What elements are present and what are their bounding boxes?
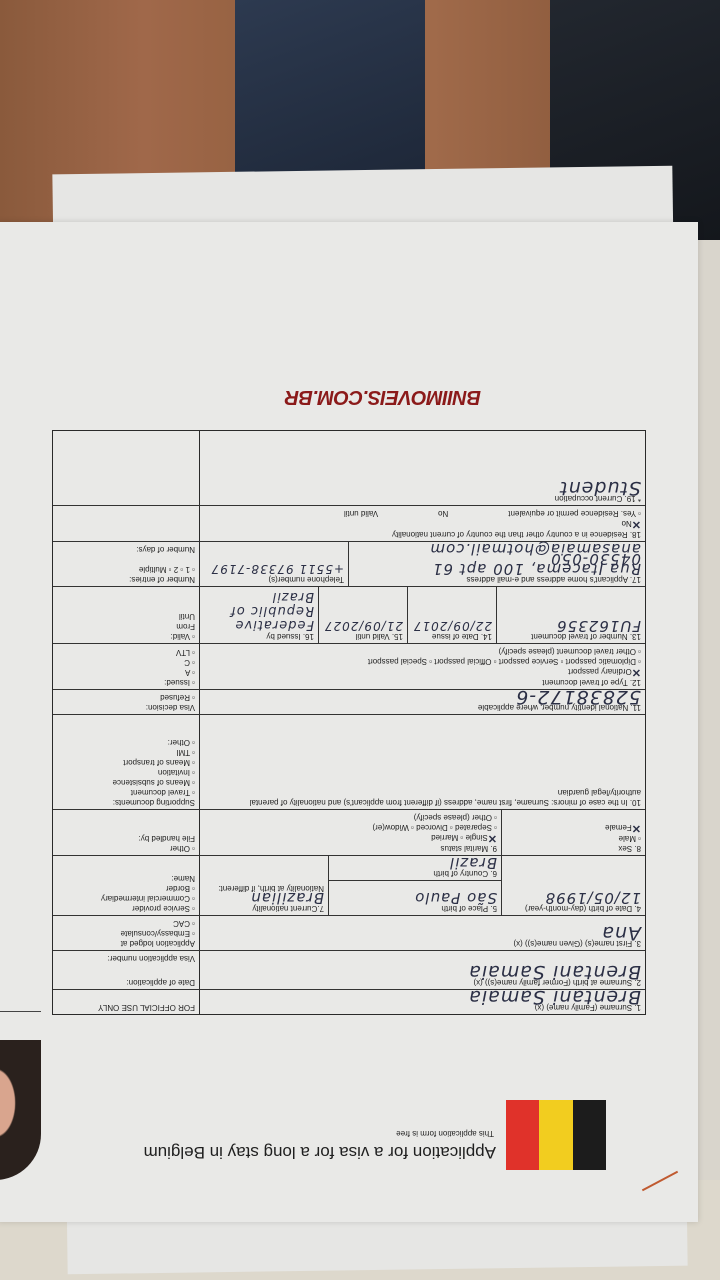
checkbox-other[interactable]: ▫ Other	[57, 843, 195, 853]
checkbox-other-doc[interactable]: ▫ Other:	[57, 737, 195, 747]
checkbox-valid[interactable]: ▫ Valid:	[57, 631, 195, 641]
field-value: Brazil	[333, 858, 497, 868]
field-value: Ana	[204, 928, 641, 938]
lodged-at: Application lodged at ▫ Embassy/consulat…	[53, 916, 199, 950]
checkbox-widowed[interactable]: Widow(er)	[372, 823, 408, 832]
field-minor-guardian[interactable]: 10. In the case of minors: Surname, firs…	[200, 715, 645, 809]
belgium-flag-icon	[506, 1100, 606, 1170]
checkbox-residence-yes[interactable]: ▫ Yes. Residence permit or equivalent	[508, 508, 641, 518]
divider	[0, 1011, 41, 1012]
checkbox-official[interactable]: Official passport	[434, 657, 491, 666]
checkbox-type-c[interactable]: ▫ C	[57, 657, 195, 667]
lodged-at-label: Application lodged at	[57, 938, 195, 948]
field-place-of-birth[interactable]: 5. Place of birth São Paulo	[329, 880, 501, 915]
field-first-name[interactable]: 3. First name(s) (Given name(s)) (x) Ana	[200, 926, 645, 950]
checkbox-other-travel-doc[interactable]: Other travel document (please specify)	[499, 647, 636, 656]
email-value: anasamaia@hotmail.com	[353, 544, 641, 554]
field-occupation[interactable]: * 19. Current occupation Student	[200, 431, 645, 505]
field-value: São Paulo	[333, 893, 497, 903]
field-value: Federative Republic of Brazil	[204, 589, 314, 631]
checkbox-border[interactable]: ▫ Border	[57, 883, 195, 893]
field-value: 22/09/2017	[412, 621, 492, 631]
field-value: 21/09/2027	[323, 621, 403, 631]
field-label: 9. Marital status	[204, 843, 497, 853]
field-value: +5511 97338-7197	[204, 564, 344, 574]
visa-decision-label: Visa decision:	[57, 702, 195, 712]
checkbox-married[interactable]: Married	[431, 833, 458, 842]
field-valid-until[interactable]: 15. Valid until 21/09/2027	[318, 587, 407, 643]
visa-form: Application for a visa for a long stay i…	[0, 222, 698, 1222]
field-label: 18. Residence in a country other than th…	[204, 529, 641, 539]
field-value: Student	[204, 483, 641, 493]
visa-application-number-label: Visa application number:	[57, 953, 195, 963]
field-travel-document-type[interactable]: 12. Type of travel document ✕Ordinary pa…	[200, 644, 645, 689]
checkbox-service[interactable]: Service passport	[499, 657, 559, 666]
field-value: 12/05/1998	[506, 893, 641, 903]
form-header: Application for a visa for a long stay i…	[46, 1050, 606, 1170]
field-sex[interactable]: 8. Sex ▫ Male ✕Female	[501, 810, 645, 855]
permit-no-label: No	[438, 508, 448, 518]
checkbox-issued[interactable]: ▫ Issued:	[57, 677, 195, 687]
checkbox-travel-document[interactable]: ▫ Travel document	[57, 787, 195, 797]
checkbox-refused[interactable]: ▫ Refused	[57, 692, 195, 702]
visa-form-paper: Application for a visa for a long stay i…	[0, 222, 698, 1222]
field-value: Brentani Samaia	[204, 967, 641, 977]
checkbox-tmi[interactable]: ▫ TMI	[57, 747, 195, 757]
checkbox-entries-1[interactable]: 1	[185, 565, 189, 574]
checkbox-divorced[interactable]: Divorced	[416, 823, 448, 832]
field-travel-document-number[interactable]: 13. Number of travel document FU162356	[496, 587, 645, 643]
field-value: Brentani Samaia	[204, 992, 641, 1002]
field-date-of-issue[interactable]: 14. Date of issue 22/09/2017	[407, 587, 496, 643]
field-label: 10. In the case of minors: Surname, firs…	[204, 787, 641, 807]
checkbox-means-of-subsistence[interactable]: ▫ Means of subsistence	[57, 777, 195, 787]
field-residence[interactable]: 18. Residence in a country other than th…	[200, 506, 645, 541]
field-date-of-birth[interactable]: 4. Date of birth (day-month-year) 12/05/…	[501, 856, 645, 915]
checkbox-diplomatic[interactable]: Diplomatic passport	[566, 657, 636, 666]
days-label: Number of days:	[57, 544, 195, 554]
checkbox-male[interactable]: ▫ Male	[506, 833, 641, 843]
checkbox-separated[interactable]: Separated	[455, 823, 492, 832]
field-telephone[interactable]: Telephone number(s) +5511 97338-7197	[200, 542, 348, 586]
checkbox-entries-multiple[interactable]: Multiple	[139, 565, 167, 574]
checkbox-residence-no[interactable]: ✕No	[204, 518, 641, 529]
field-surname-at-birth[interactable]: 2. Surname at birth (Former family name(…	[200, 965, 645, 989]
field-surname[interactable]: 1. Surname (Family name) (x) Brentani Sa…	[200, 990, 645, 1014]
checkbox-type-a[interactable]: ▫ A	[57, 667, 195, 677]
field-issued-by[interactable]: 16. Issued by Federative Republic of Bra…	[200, 587, 318, 643]
until-label: Until	[57, 611, 195, 621]
watermark: BNIIMOVEIS.COM.BR	[285, 385, 481, 408]
checkbox-female[interactable]: ✕Female	[506, 822, 641, 833]
field-label: 8. Sex	[506, 843, 641, 853]
field-label: 12. Type of travel document	[204, 677, 641, 687]
checkbox-other-marital[interactable]: Other (please specify)	[414, 813, 492, 822]
field-value: 52838172-6	[204, 692, 641, 702]
field-value: Brazilian	[204, 893, 324, 903]
form-subtitle: This application form is free	[396, 1129, 494, 1138]
from-label: From	[57, 621, 195, 631]
field-label: 16. Issued by	[204, 631, 314, 641]
checkbox-single[interactable]: ✕	[488, 832, 497, 844]
checkbox-embassy[interactable]: ▫ Embassy/consulate	[57, 928, 195, 938]
checkbox-means-of-transport[interactable]: ▫ Means of transport	[57, 757, 195, 767]
checkbox-invitation[interactable]: ▫ Invitation	[57, 767, 195, 777]
field-nationality[interactable]: 7.Current nationality Brazilian National…	[200, 856, 328, 915]
checkbox-entries-2[interactable]: 2	[174, 565, 178, 574]
field-value: FU162356	[501, 621, 641, 631]
field-label: 3. First name(s) (Given name(s)) (x)	[204, 938, 641, 948]
field-home-address[interactable]: 17. Applicant's home address and e-mail …	[348, 542, 645, 586]
field-national-id[interactable]: 11. National identity number, where appl…	[200, 690, 645, 714]
checkbox-special[interactable]: Special passport	[368, 657, 427, 666]
field-marital-status[interactable]: 9. Marital status ✕Single ▫ Married ▫ Se…	[200, 810, 501, 855]
form-grid: 1. Surname (Family name) (x) Brentani Sa…	[52, 430, 646, 1015]
permit-valid-until-label: Valid until	[344, 508, 378, 518]
supporting-documents-label: Supporting documents:	[57, 797, 195, 807]
checkbox-cac[interactable]: ▫ CAC	[57, 918, 195, 928]
applicant-photo	[0, 1040, 41, 1180]
field-sublabel: Nationality at birth, if different:	[204, 883, 324, 893]
checkbox-ltv[interactable]: ▫ LTV	[57, 647, 195, 657]
checkbox-commercial-intermediary[interactable]: ▫ Commercial intermediary	[57, 893, 195, 903]
field-country-of-birth[interactable]: 6. Country of birth Brazil	[329, 856, 501, 880]
checkbox-service-provider[interactable]: ▫ Service provider	[57, 903, 195, 913]
checkbox-ordinary-passport[interactable]: ✕Ordinary passport	[204, 666, 641, 677]
name-label: Name:	[57, 873, 195, 883]
date-of-application-label: Date of application:	[57, 977, 195, 987]
entries-label: Number of entries:	[57, 574, 195, 584]
form-title: Application for a visa for a long stay i…	[144, 1142, 496, 1162]
official-heading: FOR OFFICIAL USE ONLY	[53, 990, 199, 1014]
file-handled-by-label: File handled by:	[57, 833, 195, 843]
